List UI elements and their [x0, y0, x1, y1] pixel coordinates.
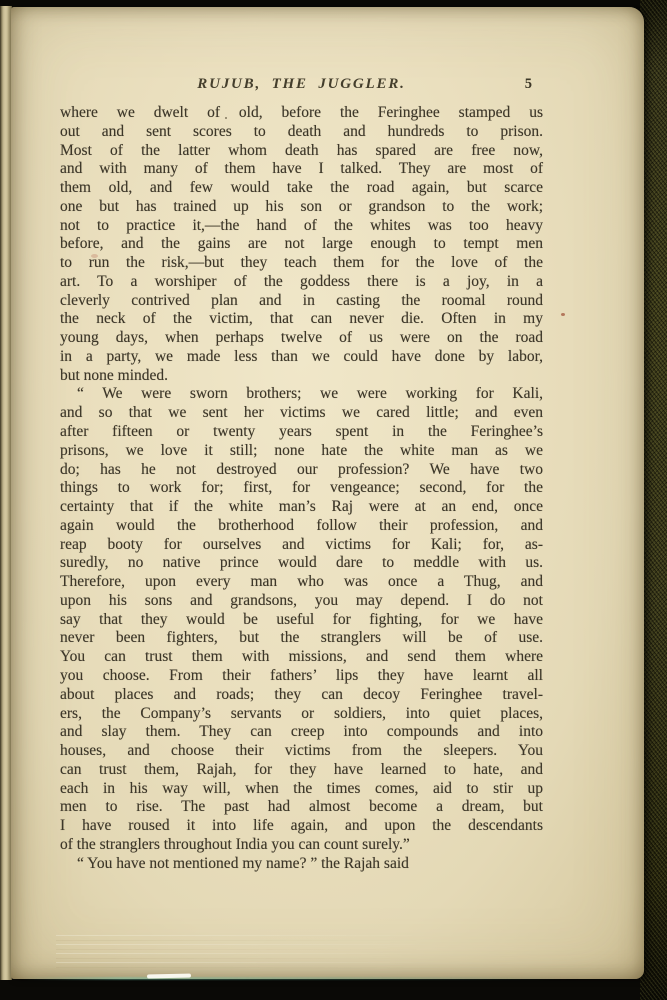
text-line: to run the risk,—but they teach them for…: [60, 254, 543, 273]
text-line-content: where we dwelt of old, before the Fering…: [60, 104, 543, 123]
paper-stain: [91, 254, 98, 258]
text-line-content: “ We were sworn brothers; we were workin…: [60, 385, 543, 404]
text-line: one but has trained up his son or grands…: [60, 198, 543, 217]
book-page: RUJUB, THE JUGGLER. 5 where we dwelt of …: [11, 7, 644, 979]
text-line-content: young days, when perhaps twelve of us we…: [60, 329, 543, 348]
text-line: upon his sons and grandsons, you may dep…: [60, 592, 543, 611]
text-line: of the stranglers throughout India you c…: [60, 836, 543, 855]
text-line-content: can trust them, Rajah, for they have lea…: [60, 761, 543, 780]
page-edge-highlight: [20, 977, 580, 980]
paragraph: where we dwelt of old, before the Fering…: [60, 104, 543, 385]
text-line-content: again would the brotherhood follow their…: [60, 517, 543, 536]
text-line: certainty that if the white man’s Raj we…: [60, 498, 543, 517]
text-line-content: “ You have not mentioned my name? ” the …: [60, 855, 543, 874]
text-line: each in his way will, when the times com…: [60, 780, 543, 799]
text-line: reap booty for ourselves and victims for…: [60, 536, 543, 555]
text-line-content: prisons, we love it still; none hate the…: [60, 442, 543, 461]
text-line-content: Therefore, upon every man who was once a…: [60, 573, 543, 592]
text-line: art. To a worshiper of the goddess there…: [60, 273, 543, 292]
text-line: say that they would be useful for fighti…: [60, 611, 543, 630]
text-line-content: before, and the gains are not large enou…: [60, 235, 543, 254]
text-line: suredly, no native prince would dare to …: [60, 554, 543, 573]
text-line-content: You can trust them with missions, and se…: [60, 648, 543, 667]
scan-streaks: [56, 935, 456, 971]
text-line: things to work for; first, for vengeance…: [60, 479, 543, 498]
text-line: ers, the Company’s servants or soldiers,…: [60, 705, 543, 724]
text-line-content: suredly, no native prince would dare to …: [60, 554, 543, 573]
text-line-content: about places and roads; they can decoy F…: [60, 686, 543, 705]
text-line: do; has he not destroyed our profession?…: [60, 461, 543, 480]
book-cover-cloth: [640, 0, 667, 1000]
text-line-content: I have roused it into life again, and up…: [60, 817, 543, 836]
book-scan: RUJUB, THE JUGGLER. 5 where we dwelt of …: [0, 0, 667, 1000]
text-line-content: you choose. From their fathers’ lips the…: [60, 667, 543, 686]
text-line: You can trust them with missions, and se…: [60, 648, 543, 667]
text-line-content: after fifteen or twenty years spent in t…: [60, 423, 543, 442]
text-line: “ We were sworn brothers; we were workin…: [60, 385, 543, 404]
text-line-content: art. To a worshiper of the goddess there…: [60, 273, 543, 292]
text-line: and slay them. They can creep into compo…: [60, 723, 543, 742]
text-line-content: and so that we sent her victims we cared…: [60, 404, 543, 423]
text-line-content: one but has trained up his son or grands…: [60, 198, 543, 217]
text-line-content: and with many of them have I talked. The…: [60, 160, 543, 179]
text-line-content: do; has he not destroyed our profession?…: [60, 461, 543, 480]
ink-speck: [561, 313, 565, 316]
text-line-content: ers, the Company’s servants or soldiers,…: [60, 705, 543, 724]
text-line: young days, when perhaps twelve of us we…: [60, 329, 543, 348]
text-line: you choose. From their fathers’ lips the…: [60, 667, 543, 686]
text-line-content: out and sent scores to death and hundred…: [60, 123, 543, 142]
text-line: about places and roads; they can decoy F…: [60, 686, 543, 705]
text-line: not to practice it,—the hand of the whit…: [60, 217, 543, 236]
text-line-content: houses, and choose their victims from th…: [60, 742, 543, 761]
text-line-content: cleverly contrived plan and in casting t…: [60, 292, 543, 311]
text-line-content: and slay them. They can creep into compo…: [60, 723, 543, 742]
running-head: RUJUB, THE JUGGLER. 5: [60, 74, 543, 94]
text-line: and so that we sent her victims we cared…: [60, 404, 543, 423]
text-line-content: not to practice it,—the hand of the whit…: [60, 217, 543, 236]
text-line: men to rise. The past had almost become …: [60, 798, 543, 817]
text-line-content: but none minded.: [60, 367, 543, 386]
text-line: I have roused it into life again, and up…: [60, 817, 543, 836]
text-line: them old, and few would take the road ag…: [60, 179, 543, 198]
running-title: RUJUB, THE JUGGLER.: [60, 74, 543, 94]
text-line-content: each in his way will, when the times com…: [60, 780, 543, 799]
page-text: where we dwelt of old, before the Fering…: [60, 104, 543, 873]
text-line-content: say that they would be useful for fighti…: [60, 611, 543, 630]
text-line-content: never been fighters, but the stranglers …: [60, 629, 543, 648]
text-line: where we dwelt of old, before the Fering…: [60, 104, 543, 123]
text-line: Most of the latter whom death has spared…: [60, 142, 543, 161]
text-line-content: upon his sons and grandsons, you may dep…: [60, 592, 543, 611]
text-line-content: things to work for; first, for vengeance…: [60, 479, 543, 498]
paragraph: “ You have not mentioned my name? ” the …: [60, 855, 543, 874]
text-line-content: Most of the latter whom death has spared…: [60, 142, 543, 161]
text-line: and with many of them have I talked. The…: [60, 160, 543, 179]
page-number: 5: [525, 74, 532, 94]
text-line: in a party, we made less than we could h…: [60, 348, 543, 367]
text-line: Therefore, upon every man who was once a…: [60, 573, 543, 592]
text-line: the neck of the victim, that can never d…: [60, 310, 543, 329]
text-line: again would the brotherhood follow their…: [60, 517, 543, 536]
text-line: after fifteen or twenty years spent in t…: [60, 423, 543, 442]
text-line-content: them old, and few would take the road ag…: [60, 179, 543, 198]
text-line: before, and the gains are not large enou…: [60, 235, 543, 254]
text-line: prisons, we love it still; none hate the…: [60, 442, 543, 461]
text-line-content: in a party, we made less than we could h…: [60, 348, 543, 367]
text-line: can trust them, Rajah, for they have lea…: [60, 761, 543, 780]
text-line: never been fighters, but the stranglers …: [60, 629, 543, 648]
text-line: out and sent scores to death and hundred…: [60, 123, 543, 142]
text-line-content: the neck of the victim, that can never d…: [60, 310, 543, 329]
text-line: “ You have not mentioned my name? ” the …: [60, 855, 543, 874]
text-line: but none minded.: [60, 367, 543, 386]
text-line-content: reap booty for ourselves and victims for…: [60, 536, 543, 555]
paragraph: “ We were sworn brothers; we were workin…: [60, 385, 543, 854]
text-line-content: of the stranglers throughout India you c…: [60, 836, 543, 855]
text-line-content: to run the risk,—but they teach them for…: [60, 254, 543, 273]
text-line-content: certainty that if the white man’s Raj we…: [60, 498, 543, 517]
text-line: houses, and choose their victims from th…: [60, 742, 543, 761]
text-line-content: men to rise. The past had almost become …: [60, 798, 543, 817]
text-line: cleverly contrived plan and in casting t…: [60, 292, 543, 311]
ink-speck: [225, 117, 227, 119]
